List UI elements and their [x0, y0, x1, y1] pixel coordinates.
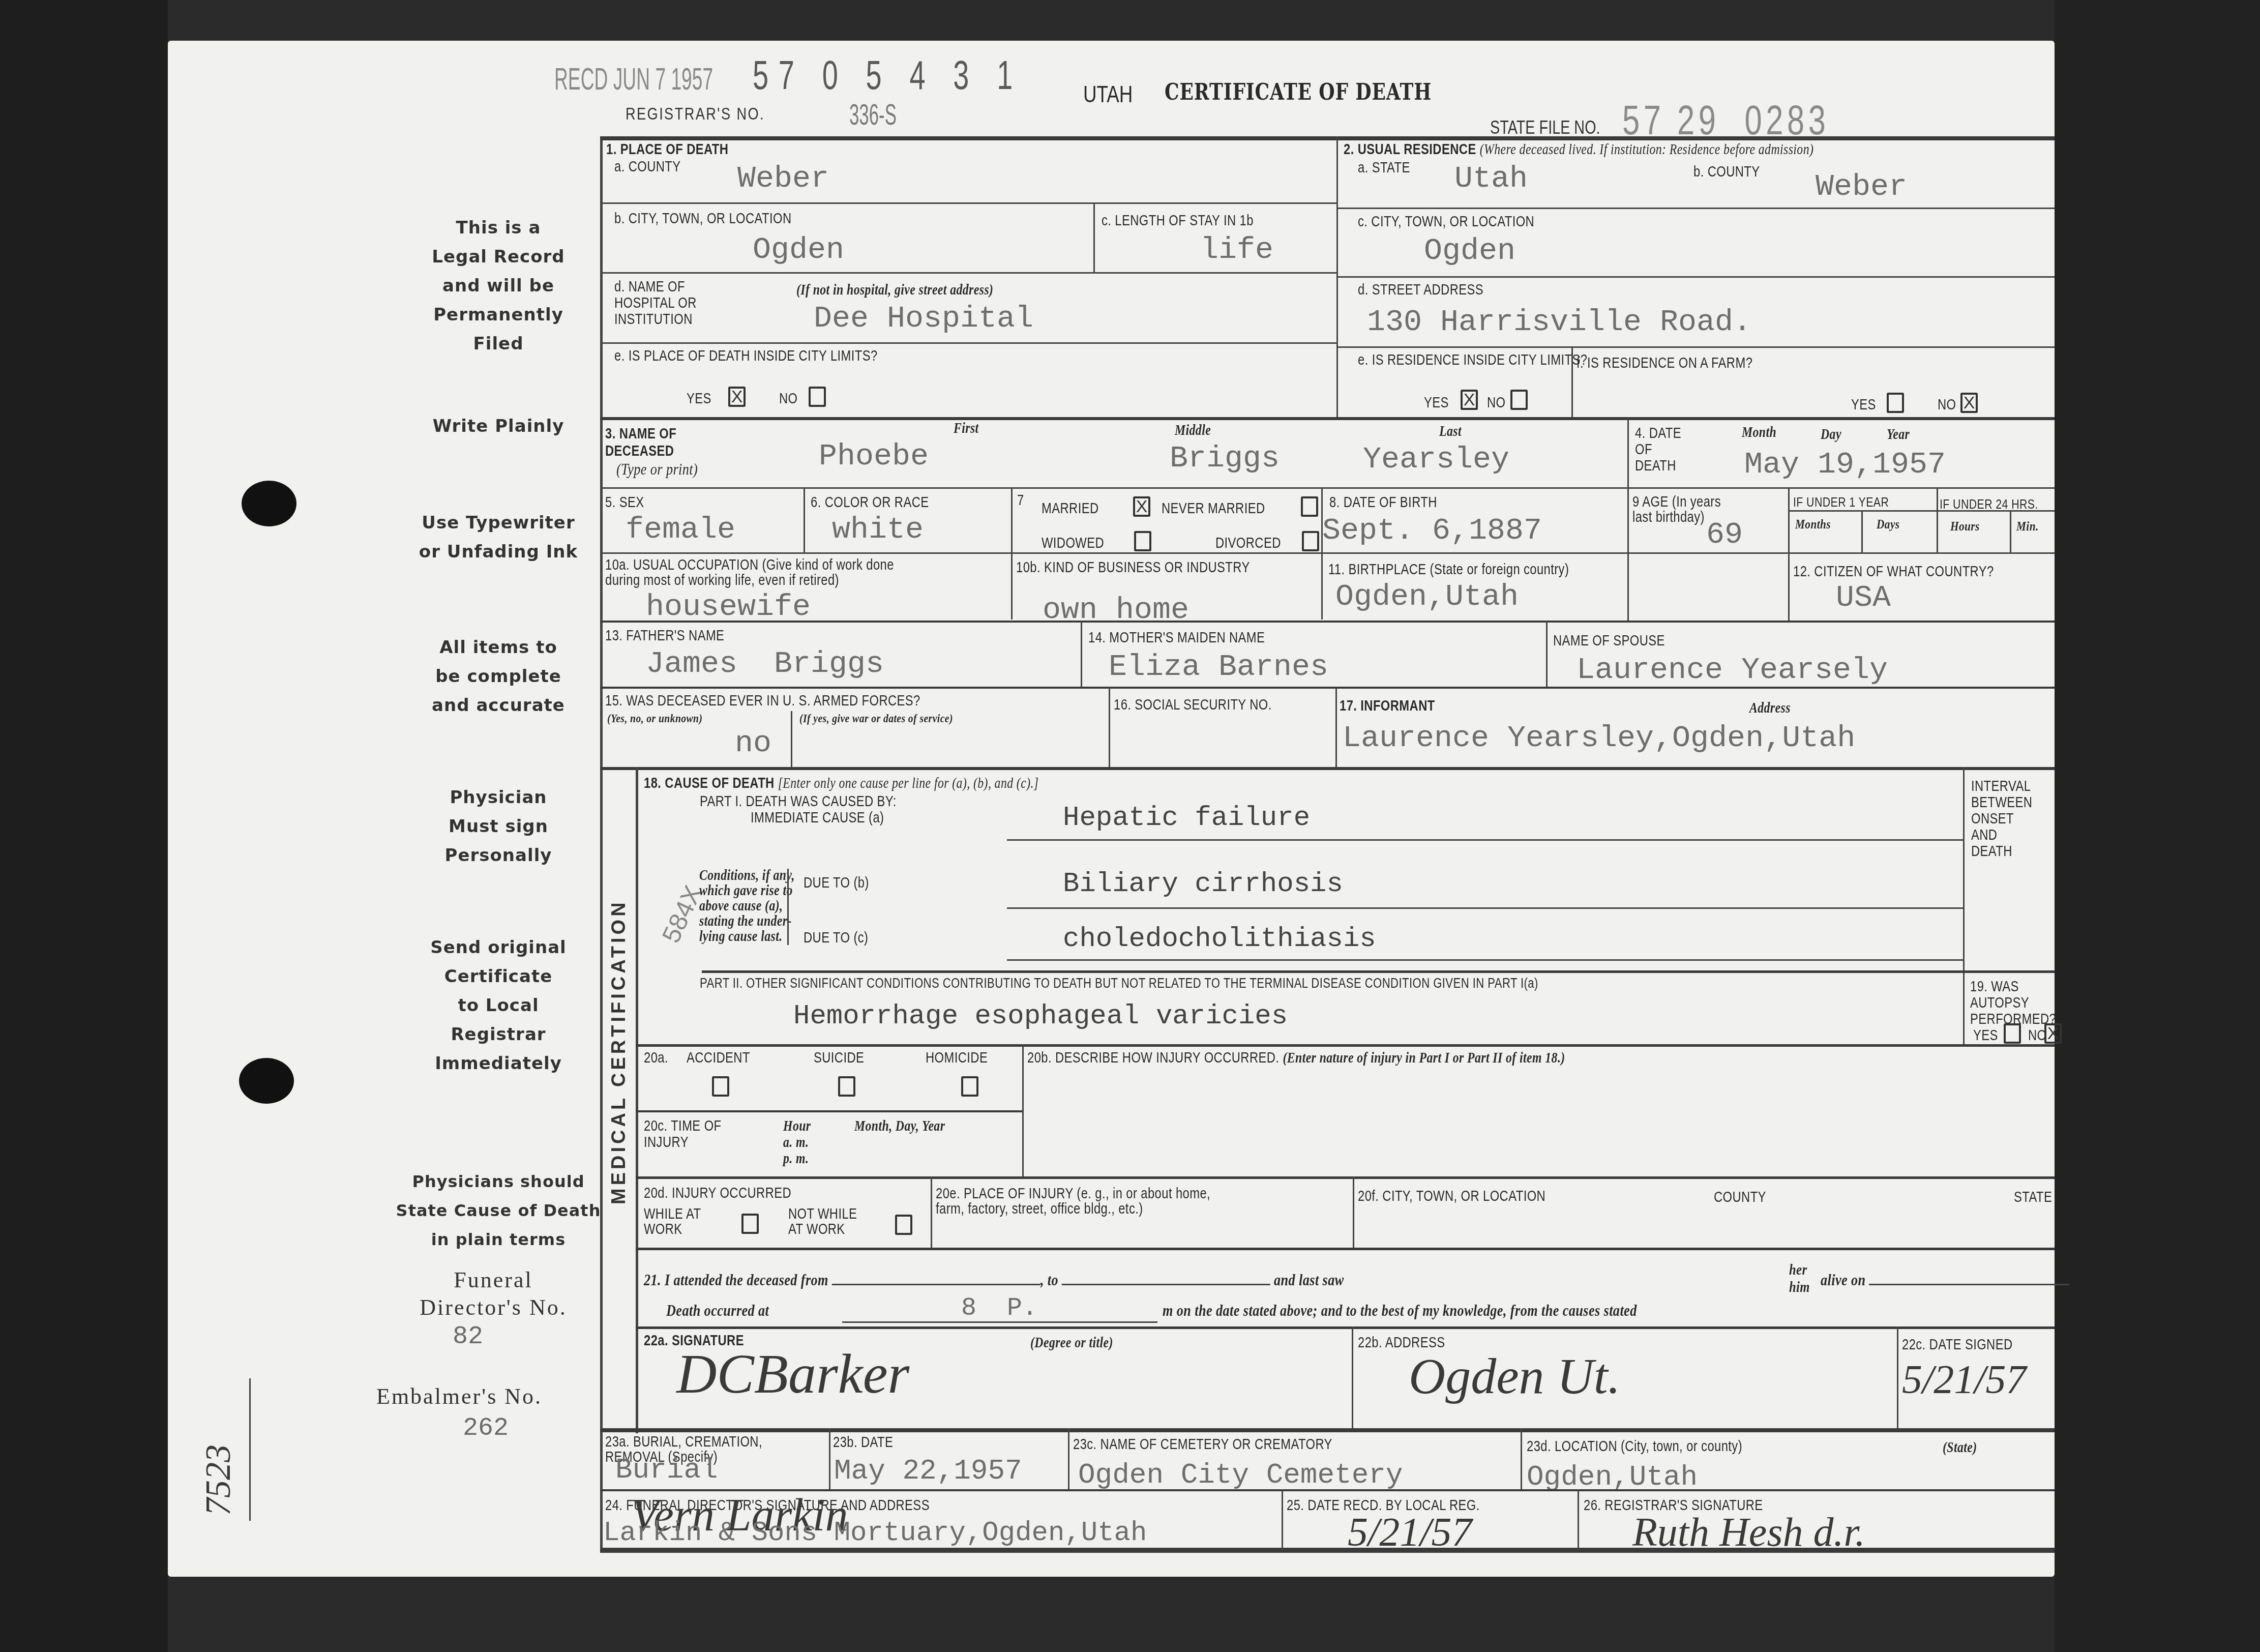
informant-label: 17. INFORMANT [1340, 698, 1435, 715]
burial-value: Burial [615, 1454, 718, 1486]
res-street-label: d. STREET ADDRESS [1358, 282, 1483, 299]
divider [1068, 1428, 1069, 1489]
dod-year-label: Year [1887, 426, 1910, 443]
res-state-value: Utah [1454, 162, 1528, 196]
never-married-checkbox[interactable] [1301, 496, 1318, 517]
cemetery-label: 23c. NAME OF CEMETERY OR CREMATORY [1073, 1436, 1332, 1453]
widowed-label: WIDOWED [1042, 535, 1104, 552]
divider [1336, 346, 2055, 348]
form-top-border [600, 136, 2055, 140]
location-value: Ogden,Utah [1527, 1461, 1698, 1493]
res-city-limits-label: e. IS RESIDENCE INSIDE CITY LIMITS? [1358, 352, 1587, 369]
divider [636, 1110, 1022, 1112]
injury-occurred-label: 20d. INJURY OCCURRED [644, 1185, 791, 1202]
accident-label: ACCIDENT [687, 1050, 750, 1067]
divider [1963, 767, 1965, 1044]
divider [1282, 1489, 1283, 1550]
married-checkbox[interactable]: X [1133, 496, 1150, 517]
embalmer-no-label: Embalmer's No. [376, 1383, 542, 1409]
margin-pen-line [249, 1378, 251, 1521]
divider [1022, 1044, 1024, 1176]
under-24-hrs-label: IF UNDER 24 HRS. [1940, 496, 2038, 512]
received-stamp: RECD JUN 7 1957 [554, 61, 713, 97]
location-label: 23d. LOCATION (City, town, or county) [1527, 1438, 1742, 1455]
suicide-checkbox[interactable] [838, 1076, 855, 1097]
dod-month-label: Month [1742, 424, 1776, 441]
conditions-note: Conditions, if any, which gave rise to a… [699, 868, 795, 944]
spouse-value: Laurence Yearsely [1577, 653, 1888, 688]
injury-state-label: STATE [2014, 1189, 2052, 1206]
res-inside-limits-no-checkbox[interactable] [1510, 390, 1528, 410]
underline [1007, 959, 1963, 961]
divider [636, 1326, 2055, 1329]
date-of-death-label: 4. DATE OF DEATH [1635, 425, 1681, 474]
divorced-label: DIVORCED [1215, 535, 1281, 552]
date-signed-label: 22c. DATE SIGNED [1902, 1337, 2013, 1353]
divider [600, 552, 2055, 554]
not-while-at-work-checkbox[interactable] [895, 1215, 912, 1235]
business-label: 10b. KIND OF BUSINESS OR INDUSTRY [1016, 559, 1250, 576]
while-at-work-checkbox[interactable] [741, 1214, 759, 1234]
scanner-border-left [0, 0, 168, 1652]
res-farm-label: f. IS RESIDENCE ON A FARM? [1577, 355, 1752, 372]
divider [636, 1176, 2055, 1179]
homicide-label: HOMICIDE [926, 1050, 988, 1067]
sex-value: female [626, 513, 735, 547]
interval-label: INTERVAL BETWEEN ONSET AND DEATH [1971, 778, 2039, 860]
divider [600, 487, 2055, 489]
months-label: Months [1795, 517, 1831, 532]
father-label: 13. FATHER'S NAME [605, 628, 724, 644]
deceased-name-hint: (Type or print) [616, 460, 698, 479]
res-city-value: Ogden [1424, 234, 1515, 269]
dod-day-label: Day [1821, 426, 1841, 443]
armed-forces-value: no [735, 726, 771, 761]
armed-forces-label: 15. WAS DECEASED EVER IN U. S. ARMED FOR… [605, 693, 920, 710]
divider [1521, 1428, 1522, 1489]
days-label: Days [1877, 517, 1899, 532]
burial-date-value: May 22,1957 [834, 1455, 1022, 1487]
physician-signature: DCBarker [676, 1342, 909, 1406]
middle-name-label: Middle [1175, 422, 1211, 439]
ssn-label: 16. SOCIAL SECURITY NO. [1114, 697, 1272, 714]
res-inside-limits-yes-checkbox[interactable]: X [1461, 390, 1478, 410]
date-signed: 5/21/57 [1902, 1357, 2026, 1403]
burial-date-label: 23b. DATE [833, 1434, 893, 1451]
occupation-value: housewife [646, 590, 811, 625]
death-occurred-remainder: m on the date stated above; and to the b… [1163, 1301, 1637, 1320]
immediate-cause-label: IMMEDIATE CAUSE (a) [751, 810, 884, 827]
pod-county-label: a. COUNTY [614, 159, 681, 175]
autopsy-yes-label: YES [1973, 1027, 1998, 1044]
location-state-label: (State) [1943, 1439, 1977, 1456]
part2-label: PART II. OTHER SIGNIFICANT CONDITIONS CO… [700, 976, 1538, 991]
stamp-number: 57 0 5 4 3 1 [753, 52, 1023, 99]
due-to-b-label: DUE TO (b) [804, 875, 869, 892]
armed-forces-hint-1: (Yes, no, or unknown) [607, 712, 702, 726]
scanner-border-right [2055, 0, 2260, 1652]
pod-city-value: Ogden [753, 233, 844, 268]
under-1-year-label: IF UNDER 1 YEAR [1793, 494, 1889, 510]
death-occurred-label: Death occurred at [666, 1301, 769, 1320]
pod-county-value: Weber [737, 162, 829, 196]
due-to-c-value: choledocholithiasis [1063, 924, 1376, 955]
divider [600, 202, 1336, 204]
divider [2010, 510, 2011, 552]
note-legal-record: This is a Legal Record and will be Perma… [392, 214, 605, 359]
immediate-cause-value: Hepatic failure [1063, 803, 1310, 834]
pod-hospital-hint: (If not in hospital, give street address… [796, 282, 993, 299]
date-recd-value: 5/21/57 [1348, 1510, 1472, 1556]
cause-heading: 18. CAUSE OF DEATH [Enter only one cause… [644, 775, 1039, 792]
first-name-label: First [954, 420, 979, 437]
pod-yes-label: YES [687, 391, 711, 407]
pod-city-limits-label: e. IS PLACE OF DEATH INSIDE CITY LIMITS? [614, 348, 878, 365]
pod-inside-limits-no-checkbox[interactable] [809, 387, 826, 407]
describe-injury-label: 20b. DESCRIBE HOW INJURY OCCURRED. (Ente… [1027, 1050, 1565, 1067]
note-physicians-should: Physicians should State Cause of Death i… [366, 1167, 631, 1254]
res-no-label: NO [1487, 395, 1505, 411]
title-prefix: UTAH [1083, 80, 1133, 108]
dob-label: 8. DATE OF BIRTH [1329, 494, 1437, 511]
underline [1007, 839, 1963, 841]
last-name-value: Yearsley [1363, 442, 1509, 477]
bracket [787, 869, 789, 945]
father-value: James Briggs [646, 647, 884, 682]
pod-stay-value: life [1200, 233, 1273, 268]
medical-certification-label: MEDICAL CERTIFICATION [608, 899, 630, 1204]
divider [636, 767, 638, 1433]
birthplace-label: 11. BIRTHPLACE (State or foreign country… [1328, 562, 1569, 578]
punch-hole-top [242, 481, 296, 526]
her-him-label: her him [1789, 1261, 1810, 1296]
autopsy-label: 19. WAS AUTOPSY PERFORMED? [1970, 979, 2056, 1027]
usual-residence-heading: 2. USUAL RESIDENCE (Where deceased lived… [1344, 141, 1813, 158]
res-farm-yes-label: YES [1851, 397, 1876, 414]
note-send-original: Send original Certificate to Local Regis… [392, 933, 605, 1078]
citizen-label: 12. CITIZEN OF WHAT COUNTRY? [1793, 564, 1994, 580]
birthplace-value: Ogden,Utah [1335, 580, 1519, 614]
manner-label: 20a. [644, 1050, 668, 1067]
marital-number: 7 [1017, 492, 1024, 509]
res-yes-label: YES [1424, 395, 1449, 411]
res-farm-no-checkbox[interactable]: X [1960, 393, 1978, 413]
attended-line: 21. I attended the deceased from , to an… [644, 1271, 1344, 1289]
pod-hospital-label: d. NAME OF HOSPITAL OR INSTITUTION [614, 279, 697, 328]
res-state-label: a. STATE [1358, 160, 1410, 176]
divider [600, 272, 1336, 274]
hours-label: Hours [1950, 519, 1980, 534]
divider [636, 1248, 2055, 1250]
homicide-checkbox[interactable] [961, 1076, 978, 1097]
registrars-no-value: 336-S [849, 98, 897, 132]
registrars-no-label: REGISTRAR'S NO. [626, 104, 765, 124]
armed-forces-hint-2: (If yes, give war or dates of service) [799, 712, 953, 726]
autopsy-no-checkbox[interactable]: X [2044, 1023, 2062, 1044]
divider [1788, 487, 1790, 552]
widowed-checkbox[interactable] [1134, 531, 1151, 551]
last-name-label: Last [1439, 423, 1462, 440]
divider [1335, 687, 1337, 768]
divider [1109, 687, 1110, 768]
res-county-value: Weber [1816, 170, 1907, 204]
sex-label: 5. SEX [605, 494, 644, 511]
injury-city-label: 20f. CITY, TOWN, OR LOCATION [1358, 1188, 1545, 1205]
middle-name-value: Briggs [1170, 441, 1280, 476]
race-label: 6. COLOR OR RACE [811, 494, 929, 511]
divider [1352, 1326, 1353, 1428]
place-of-injury-label: 20e. PLACE OF INJURY (e. g., in or about… [936, 1186, 1210, 1217]
month-day-year-label: Month, Day, Year [854, 1118, 945, 1135]
embalmer-no: 262 [463, 1414, 509, 1443]
degree-label: (Degree or title) [1030, 1335, 1113, 1351]
note-write-plainly: Write Plainly [392, 412, 605, 441]
funeral-director-no-label: Funeral Director's No. [366, 1266, 620, 1321]
accident-checkbox[interactable] [712, 1076, 729, 1097]
spouse-label: NAME OF SPOUSE [1553, 633, 1665, 650]
alive-on-label: alive on [1821, 1271, 2069, 1289]
divider [1897, 1326, 1898, 1428]
divider [1336, 276, 2055, 278]
married-label: MARRIED [1042, 500, 1099, 517]
divider [1546, 621, 1548, 687]
divider [1788, 552, 1790, 621]
punch-hole-bottom [239, 1058, 294, 1104]
state-file-label: STATE FILE NO. [1490, 117, 1600, 138]
race-value: white [832, 513, 924, 547]
pod-hospital-value: Dee Hospital [814, 302, 1033, 336]
divider [829, 1428, 830, 1489]
res-city-label: c. CITY, TOWN, OR LOCATION [1358, 214, 1534, 230]
divider [1861, 510, 1863, 552]
divider [600, 342, 1336, 344]
min-label: Min. [2016, 519, 2039, 534]
res-farm-yes-checkbox[interactable] [1887, 393, 1904, 413]
divider [600, 1428, 2055, 1432]
occupation-label: 10a. USUAL OCCUPATION (Give kind of work… [605, 557, 894, 588]
deceased-name-label: 3. NAME OF DECEASED [605, 425, 676, 460]
divider [600, 687, 2055, 689]
not-while-at-work-label: NOT WHILE AT WORK [788, 1206, 857, 1237]
divider [804, 487, 805, 553]
date-of-death-value: May 19,1957 [1744, 448, 1946, 482]
age-value: 69 [1706, 518, 1743, 552]
note-physician-sign: Physician Must sign Personally [392, 783, 605, 870]
informant-address-label: Address [1749, 700, 1791, 717]
citizen-value: USA [1836, 581, 1891, 615]
pod-inside-limits-yes-checkbox[interactable]: X [728, 387, 746, 407]
divider [1336, 208, 2055, 209]
time-of-injury-label: 20c. TIME OF INJURY [644, 1118, 721, 1150]
form-left-border [600, 136, 603, 1550]
document-title: CERTIFICATE OF DEATH [1165, 79, 1432, 105]
place-of-death-heading: 1. PLACE OF DEATH [606, 141, 728, 158]
divider [636, 1044, 2055, 1047]
underline [1007, 907, 1963, 909]
cemetery-value: Ogden City Cemetery [1078, 1459, 1403, 1491]
registrar-signature: Ruth Hesh d.r. [1632, 1510, 1865, 1556]
divider [1627, 417, 1629, 621]
injury-county-label: COUNTY [1714, 1189, 1766, 1206]
divider [600, 621, 2055, 623]
while-at-work-label: WHILE AT WORK [644, 1206, 701, 1237]
due-to-c-label: DUE TO (c) [804, 930, 868, 947]
death-time-value: 8 P. [961, 1294, 1037, 1323]
note-all-items: All items to be complete and accurate [392, 633, 605, 720]
due-to-b-value: Biliary cirrhosis [1063, 869, 1343, 900]
part2-value: Hemorrhage esophageal varicies [793, 1001, 1288, 1032]
first-name-value: Phoebe [819, 439, 929, 474]
pod-city-label: b. CITY, TOWN, OR LOCATION [614, 211, 791, 227]
physician-address: Ogden Ut. [1409, 1347, 1621, 1405]
mother-value: Eliza Barnes [1109, 650, 1328, 685]
never-married-label: NEVER MARRIED [1162, 500, 1265, 517]
divider [791, 711, 792, 767]
divider [1081, 621, 1082, 687]
divorced-checkbox[interactable] [1302, 531, 1319, 551]
pod-stay-label: c. LENGTH OF STAY IN 1b [1102, 213, 1254, 229]
divider [600, 767, 2055, 770]
res-street-value: 130 Harrisville Road. [1367, 305, 1751, 340]
divider [600, 417, 2055, 420]
suicide-label: SUICIDE [814, 1050, 864, 1067]
divider [1578, 1489, 1579, 1550]
certificate-form: 1. PLACE OF DEATH a. COUNTY Weber b. CIT… [600, 136, 2055, 1550]
hour-label: Hour a. m. p. m. [783, 1118, 811, 1167]
divider [1353, 1176, 1354, 1248]
mother-label: 14. MOTHER'S MAIDEN NAME [1088, 630, 1265, 646]
informant-value: Laurence Yearsley,Ogden,Utah [1343, 721, 1855, 756]
pod-no-label: NO [779, 391, 797, 407]
divider [1093, 202, 1095, 272]
funeral-director-value: Larkin & Sons Mortuary,Ogden,Utah [603, 1518, 1147, 1549]
divider [1937, 487, 1938, 552]
divider [931, 1176, 932, 1248]
divider [702, 970, 2055, 973]
funeral-director-no: 82 [453, 1322, 483, 1351]
dob-value: Sept. 6,1887 [1322, 514, 1542, 548]
res-farm-no-label: NO [1938, 397, 1956, 414]
res-county-label: b. COUNTY [1693, 164, 1760, 181]
autopsy-yes-checkbox[interactable] [2004, 1023, 2021, 1044]
note-use-typewriter: Use Typewriter or Unfading Ink [392, 509, 605, 567]
margin-handwritten-number: 7523 [198, 1444, 239, 1516]
part1-label: PART I. DEATH WAS CAUSED BY: [700, 793, 897, 810]
